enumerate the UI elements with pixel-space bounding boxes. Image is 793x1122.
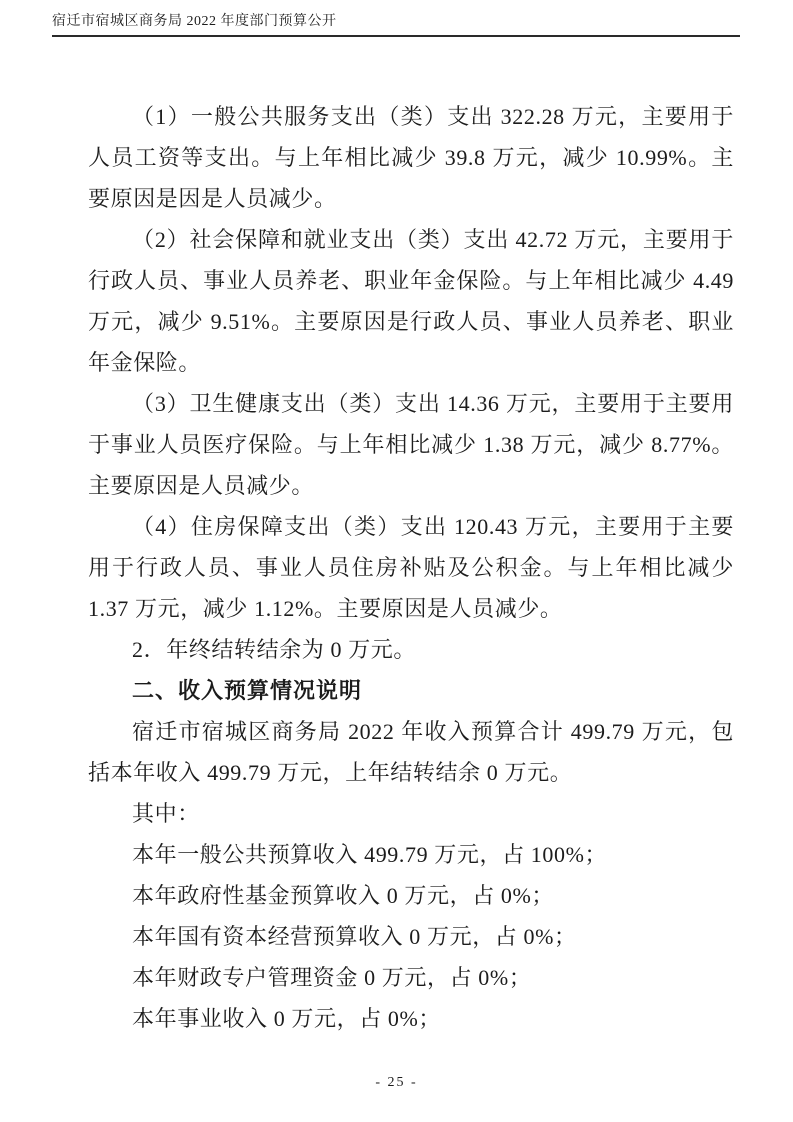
page-header: 宿迁市宿城区商务局 2022 年度部门预算公开 [52,10,740,37]
section-heading-income-budget: 二、收入预算情况说明 [88,670,734,711]
header-title: 宿迁市宿城区商务局 2022 年度部门预算公开 [52,10,740,30]
document-page: 宿迁市宿城区商务局 2022 年度部门预算公开 （1）一般公共服务支出（类）支出… [0,0,793,1122]
paragraph-expenditure-general-public-services: （1）一般公共服务支出（类）支出 322.28 万元，主要用于人员工资等支出。与… [88,96,734,219]
page-number: - 25 - [375,1075,417,1090]
paragraph-income-state-capital: 本年国有资本经营预算收入 0 万元，占 0%； [88,916,734,957]
page-footer: - 25 - [0,1075,793,1091]
paragraph-among-which: 其中： [88,793,734,834]
paragraph-income-government-funds: 本年政府性基金预算收入 0 万元，占 0%； [88,875,734,916]
paragraph-year-end-carryover: 2．年终结转结余为 0 万元。 [88,629,734,670]
paragraph-expenditure-housing: （4）住房保障支出（类）支出 120.43 万元，主要用于主要用于行政人员、事业… [88,506,734,629]
paragraph-income-total: 宿迁市宿城区商务局 2022 年收入预算合计 499.79 万元，包括本年收入 … [88,711,734,793]
document-body: （1）一般公共服务支出（类）支出 322.28 万元，主要用于人员工资等支出。与… [88,96,734,1039]
paragraph-expenditure-health: （3）卫生健康支出（类）支出 14.36 万元，主要用于主要用于事业人员医疗保险… [88,383,734,506]
paragraph-income-general-public-budget: 本年一般公共预算收入 499.79 万元，占 100%； [88,834,734,875]
paragraph-income-institutional: 本年事业收入 0 万元，占 0%； [88,998,734,1039]
paragraph-expenditure-social-security: （2）社会保障和就业支出（类）支出 42.72 万元，主要用于行政人员、事业人员… [88,219,734,383]
paragraph-income-fiscal-special-account: 本年财政专户管理资金 0 万元，占 0%； [88,957,734,998]
